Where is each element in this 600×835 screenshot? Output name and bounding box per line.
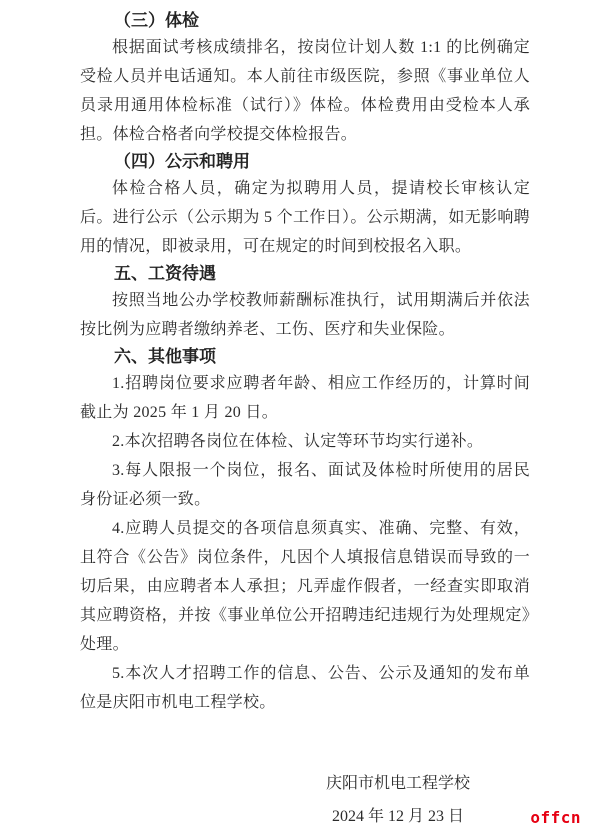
paragraph: 1.招聘岗位要求应聘者年龄、相应工作经历的，计算时间截止为 2025 年 1 月… bbox=[80, 369, 530, 427]
paragraph: 5.本次人才招聘工作的信息、公告、公示及通知的发布单位是庆阳市机电工程学校。 bbox=[80, 659, 530, 717]
signature-date: 2024 年 12 月 23 日 bbox=[298, 800, 498, 833]
section-heading: （三）体检 bbox=[80, 8, 530, 33]
document-content: （三）体检根据面试考核成绩排名，按岗位计划人数 1:1 的比例确定受检人员并电话… bbox=[80, 8, 530, 833]
document-body: （三）体检根据面试考核成绩排名，按岗位计划人数 1:1 的比例确定受检人员并电话… bbox=[80, 8, 530, 717]
document-page: （三）体检根据面试考核成绩排名，按岗位计划人数 1:1 的比例确定受检人员并电话… bbox=[0, 0, 600, 835]
paragraph: 4.应聘人员提交的各项信息须真实、准确、完整、有效，且符合《公告》岗位条件，凡因… bbox=[80, 514, 530, 659]
offcn-watermark: offcn bbox=[530, 808, 581, 827]
signature: 庆阳市机电工程学校 2024 年 12 月 23 日 bbox=[298, 767, 498, 833]
section-heading: 五、工资待遇 bbox=[80, 261, 530, 286]
paragraph: 3.每人限报一个岗位，报名、面试及体检时所使用的居民身份证必须一致。 bbox=[80, 456, 530, 514]
paragraph: 2.本次招聘各岗位在体检、认定等环节均实行递补。 bbox=[80, 427, 530, 456]
signature-organization: 庆阳市机电工程学校 bbox=[298, 767, 498, 800]
paragraph: 根据面试考核成绩排名，按岗位计划人数 1:1 的比例确定受检人员并电话通知。本人… bbox=[80, 33, 530, 149]
section-heading: （四）公示和聘用 bbox=[80, 149, 530, 174]
section-heading: 六、其他事项 bbox=[80, 344, 530, 369]
paragraph: 按照当地公办学校教师薪酬标准执行，试用期满后并依法按比例为应聘者缴纳养老、工伤、… bbox=[80, 286, 530, 344]
paragraph: 体检合格人员，确定为拟聘用人员，提请校长审核认定后。进行公示（公示期为 5 个工… bbox=[80, 174, 530, 261]
